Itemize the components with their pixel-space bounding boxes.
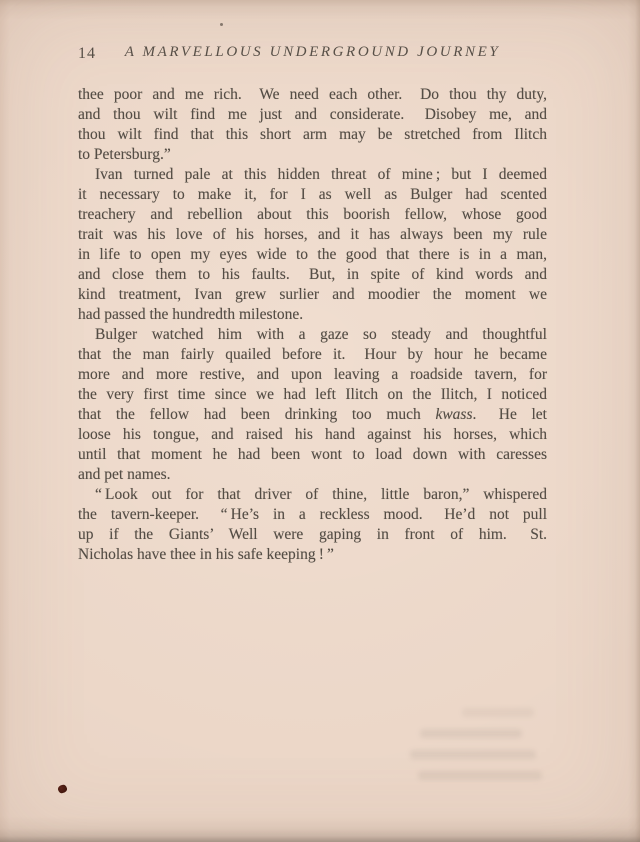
text-line: more and more restive, and upon leaving … [78, 365, 547, 385]
text-line: loose his tongue, and raised his hand ag… [78, 425, 547, 445]
ghost-text-line [420, 729, 522, 738]
text-line: trait was his love of his horses, and it… [78, 225, 547, 245]
text-line: the tavern-keeper. “ He’s in a reckless … [78, 505, 547, 525]
text-line: treachery and rebellion about this boori… [78, 205, 547, 225]
text-line: that the man fairly quailed before it. H… [78, 345, 547, 365]
paragraph: “ Look out for that driver of thine, lit… [78, 485, 547, 565]
page-number: 14 [78, 45, 96, 63]
text-line: up if the Giants’ Well were gaping in fr… [78, 525, 547, 545]
page-header: 14 A MARVELLOUS UNDERGROUND JOURNEY [78, 44, 547, 64]
text-line: that the fellow had been drinking too mu… [78, 405, 547, 425]
paragraph: thee poor and me rich. We need each othe… [78, 85, 547, 165]
ink-spot [57, 784, 67, 794]
text-line: Nicholas have thee in his safe keeping !… [78, 545, 547, 565]
text-line: thou wilt find that this short arm may b… [78, 125, 547, 145]
book-page-scan: 14 A MARVELLOUS UNDERGROUND JOURNEY thee… [0, 0, 640, 842]
text-line: and thou wilt find me just and considera… [78, 105, 547, 125]
ghost-text-line [462, 708, 534, 717]
dust-speck [220, 23, 223, 26]
paragraph: Ivan turned pale at this hidden threat o… [78, 165, 547, 325]
text-line: “ Look out for that driver of thine, lit… [78, 485, 547, 505]
text-line: the very first time since we had left Il… [78, 385, 547, 405]
paragraph: Bulger watched him with a gaze so steady… [78, 325, 547, 485]
text-block: thee poor and me rich. We need each othe… [78, 85, 547, 565]
text-line: thee poor and me rich. We need each othe… [78, 85, 547, 105]
text-line: had passed the hundredth milestone. [78, 305, 547, 325]
text-line: in life to open my eyes wide to the good… [78, 245, 547, 265]
ghost-text-line [418, 771, 542, 780]
ghost-text-line [410, 750, 536, 759]
text-line: and close them to his faults. But, in sp… [78, 265, 547, 285]
text-line: it necessary to make it, for I as well a… [78, 185, 547, 205]
text-line: Bulger watched him with a gaze so steady… [78, 325, 547, 345]
text-line: until that moment he had been wont to lo… [78, 445, 547, 465]
text-line: to Petersburg.” [78, 145, 547, 165]
text-line: kind treatment, Ivan grew surlier and mo… [78, 285, 547, 305]
running-title: A MARVELLOUS UNDERGROUND JOURNEY [78, 44, 547, 61]
text-line: and pet names. [78, 465, 547, 485]
text-line: Ivan turned pale at this hidden threat o… [78, 165, 547, 185]
